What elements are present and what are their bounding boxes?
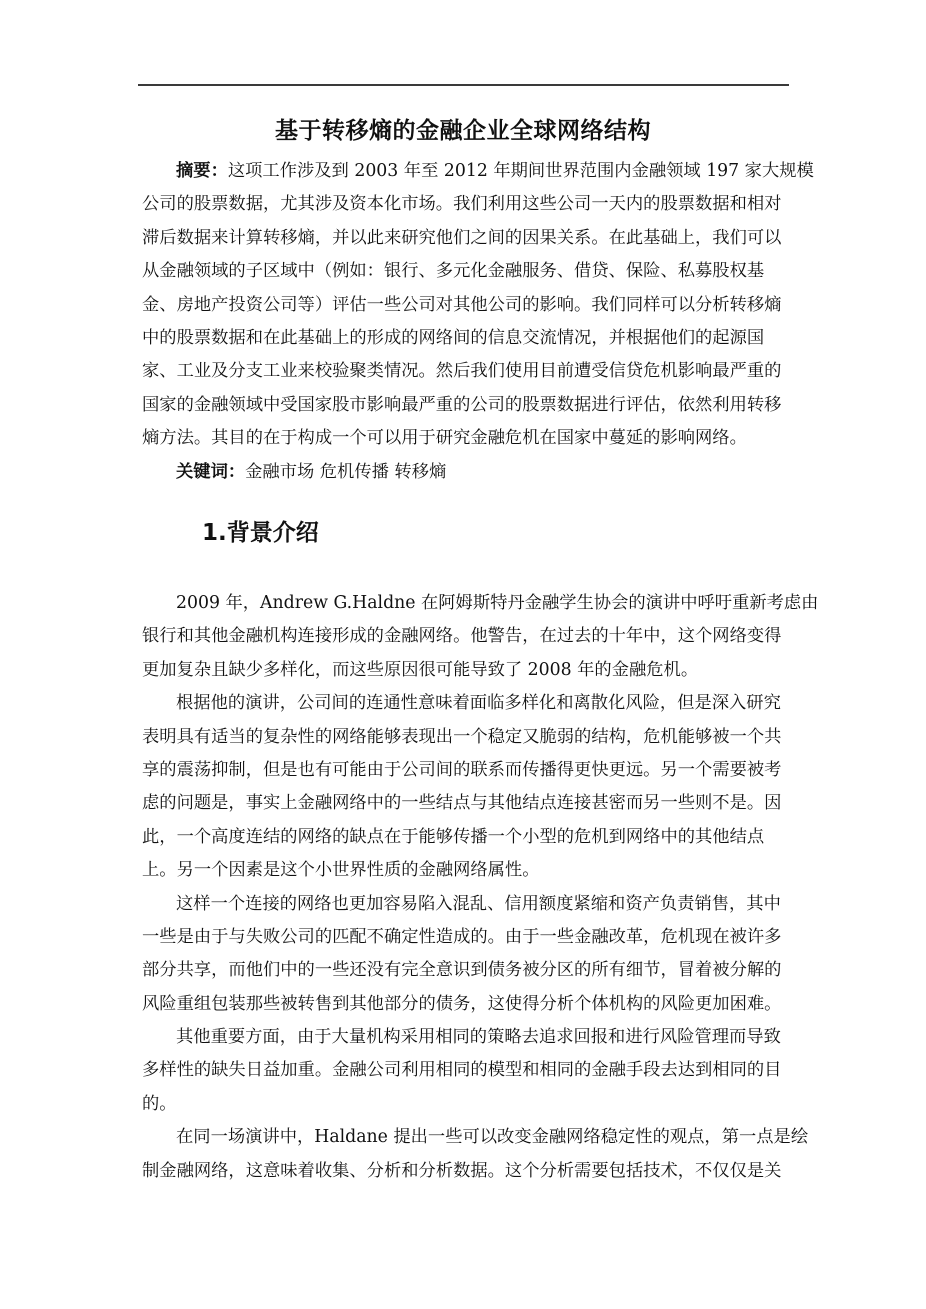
- section-heading: 1.背景介绍: [202, 514, 319, 547]
- keywords-label: 关键词：: [176, 462, 245, 482]
- paragraph-line: 此，一个高度连结的网络的缺点在于能够传播一个小型的危机到网络中的其他结点: [142, 821, 782, 854]
- paragraph-line: 根据他的演讲，公司间的连通性意味着面临多样化和离散化风险，但是深入研究: [142, 687, 782, 720]
- paragraph-line: 享的震荡抑制，但是也有可能由于公司间的联系而传播得更快更远。另一个需要被考: [142, 754, 782, 787]
- abstract-line: 从金融领域的子区域中（例如：银行、多元化金融服务、借贷、保险、私募股权基: [142, 255, 782, 288]
- abstract-line: 熵方法。其目的在于构成一个可以用于研究金融危机在国家中蔓延的影响网络。: [142, 422, 782, 455]
- paragraph-line: 风险重组包装那些被转售到其他部分的债务，这使得分析个体机构的风险更加困难。: [142, 988, 782, 1021]
- paragraph-line: 更加复杂且缺少多样化，而这些原因很可能导致了 2008 年的金融危机。: [142, 654, 782, 687]
- header-rule: [138, 84, 789, 86]
- abstract-line: 国家的金融领域中受国家股市影响最严重的公司的股票数据进行评估，依然利用转移: [142, 389, 782, 422]
- paragraph-line: 表明具有适当的复杂性的网络能够表现出一个稳定又脆弱的结构，危机能够被一个共: [142, 721, 782, 754]
- paragraph-line: 2009 年，Andrew G.Haldne 在阿姆斯特丹金融学生协会的演讲中呼…: [142, 587, 782, 620]
- paragraph-line: 制金融网络，这意味着收集、分析和分析数据。这个分析需要包括技术，不仅仅是关: [142, 1155, 782, 1188]
- abstract-line: 公司的股票数据，尤其涉及资本化市场。我们利用这些公司一天内的股票数据和相对: [142, 188, 782, 221]
- abstract-line: 金、房地产投资公司等）评估一些公司对其他公司的影响。我们同样可以分析转移熵: [142, 289, 782, 322]
- paragraph-line: 一些是由于与失败公司的匹配不确定性造成的。由于一些金融改革，危机现在被许多: [142, 921, 782, 954]
- paragraph-line: 这样一个连接的网络也更加容易陷入混乱、信用额度紧缩和资产负责销售，其中: [142, 888, 782, 921]
- paragraph-line: 其他重要方面，由于大量机构采用相同的策略去追求回报和进行风险管理而导致: [142, 1021, 782, 1054]
- paragraph-line: 多样性的缺失日益加重。金融公司利用相同的模型和相同的金融手段去达到相同的目: [142, 1054, 782, 1087]
- paragraph-line: 银行和其他金融机构连接形成的金融网络。他警告，在过去的十年中，这个网络变得: [142, 620, 782, 653]
- paragraph-line: 在同一场演讲中，Haldane 提出一些可以改变金融网络稳定性的观点，第一点是绘: [142, 1121, 782, 1154]
- abstract-line: 中的股票数据和在此基础上的形成的网络间的信息交流情况，并根据他们的起源国: [142, 322, 782, 355]
- abstract-line: 家、工业及分支工业来校验聚类情况。然后我们使用目前遭受信贷危机影响最严重的: [142, 355, 782, 388]
- paragraph-line: 的。: [142, 1088, 782, 1121]
- section-body: 2009 年，Andrew G.Haldne 在阿姆斯特丹金融学生协会的演讲中呼…: [142, 587, 782, 1188]
- paragraph-line: 上。另一个因素是这个小世界性质的金融网络属性。: [142, 854, 782, 887]
- abstract-line: 滞后数据来计算转移熵，并以此来研究他们之间的因果关系。在此基础上，我们可以: [142, 222, 782, 255]
- keywords: 关键词：金融市场 危机传播 转移熵: [142, 456, 782, 489]
- paragraph-line: 部分共享，而他们中的一些还没有完全意识到债务被分区的所有细节，冒着被分解的: [142, 954, 782, 987]
- abstract-label: 摘要：: [176, 161, 228, 181]
- abstract: 摘要：这项工作涉及到 2003 年至 2012 年期间世界范围内金融领域 197…: [142, 155, 782, 489]
- keywords-value: 金融市场 危机传播 转移熵: [245, 462, 446, 482]
- abstract-line: 摘要：这项工作涉及到 2003 年至 2012 年期间世界范围内金融领域 197…: [142, 155, 782, 188]
- paragraph-line: 虑的问题是，事实上金融网络中的一些结点与其他结点连接甚密而另一些则不是。因: [142, 787, 782, 820]
- paper-title: 基于转移熵的金融企业全球网络结构: [0, 112, 926, 145]
